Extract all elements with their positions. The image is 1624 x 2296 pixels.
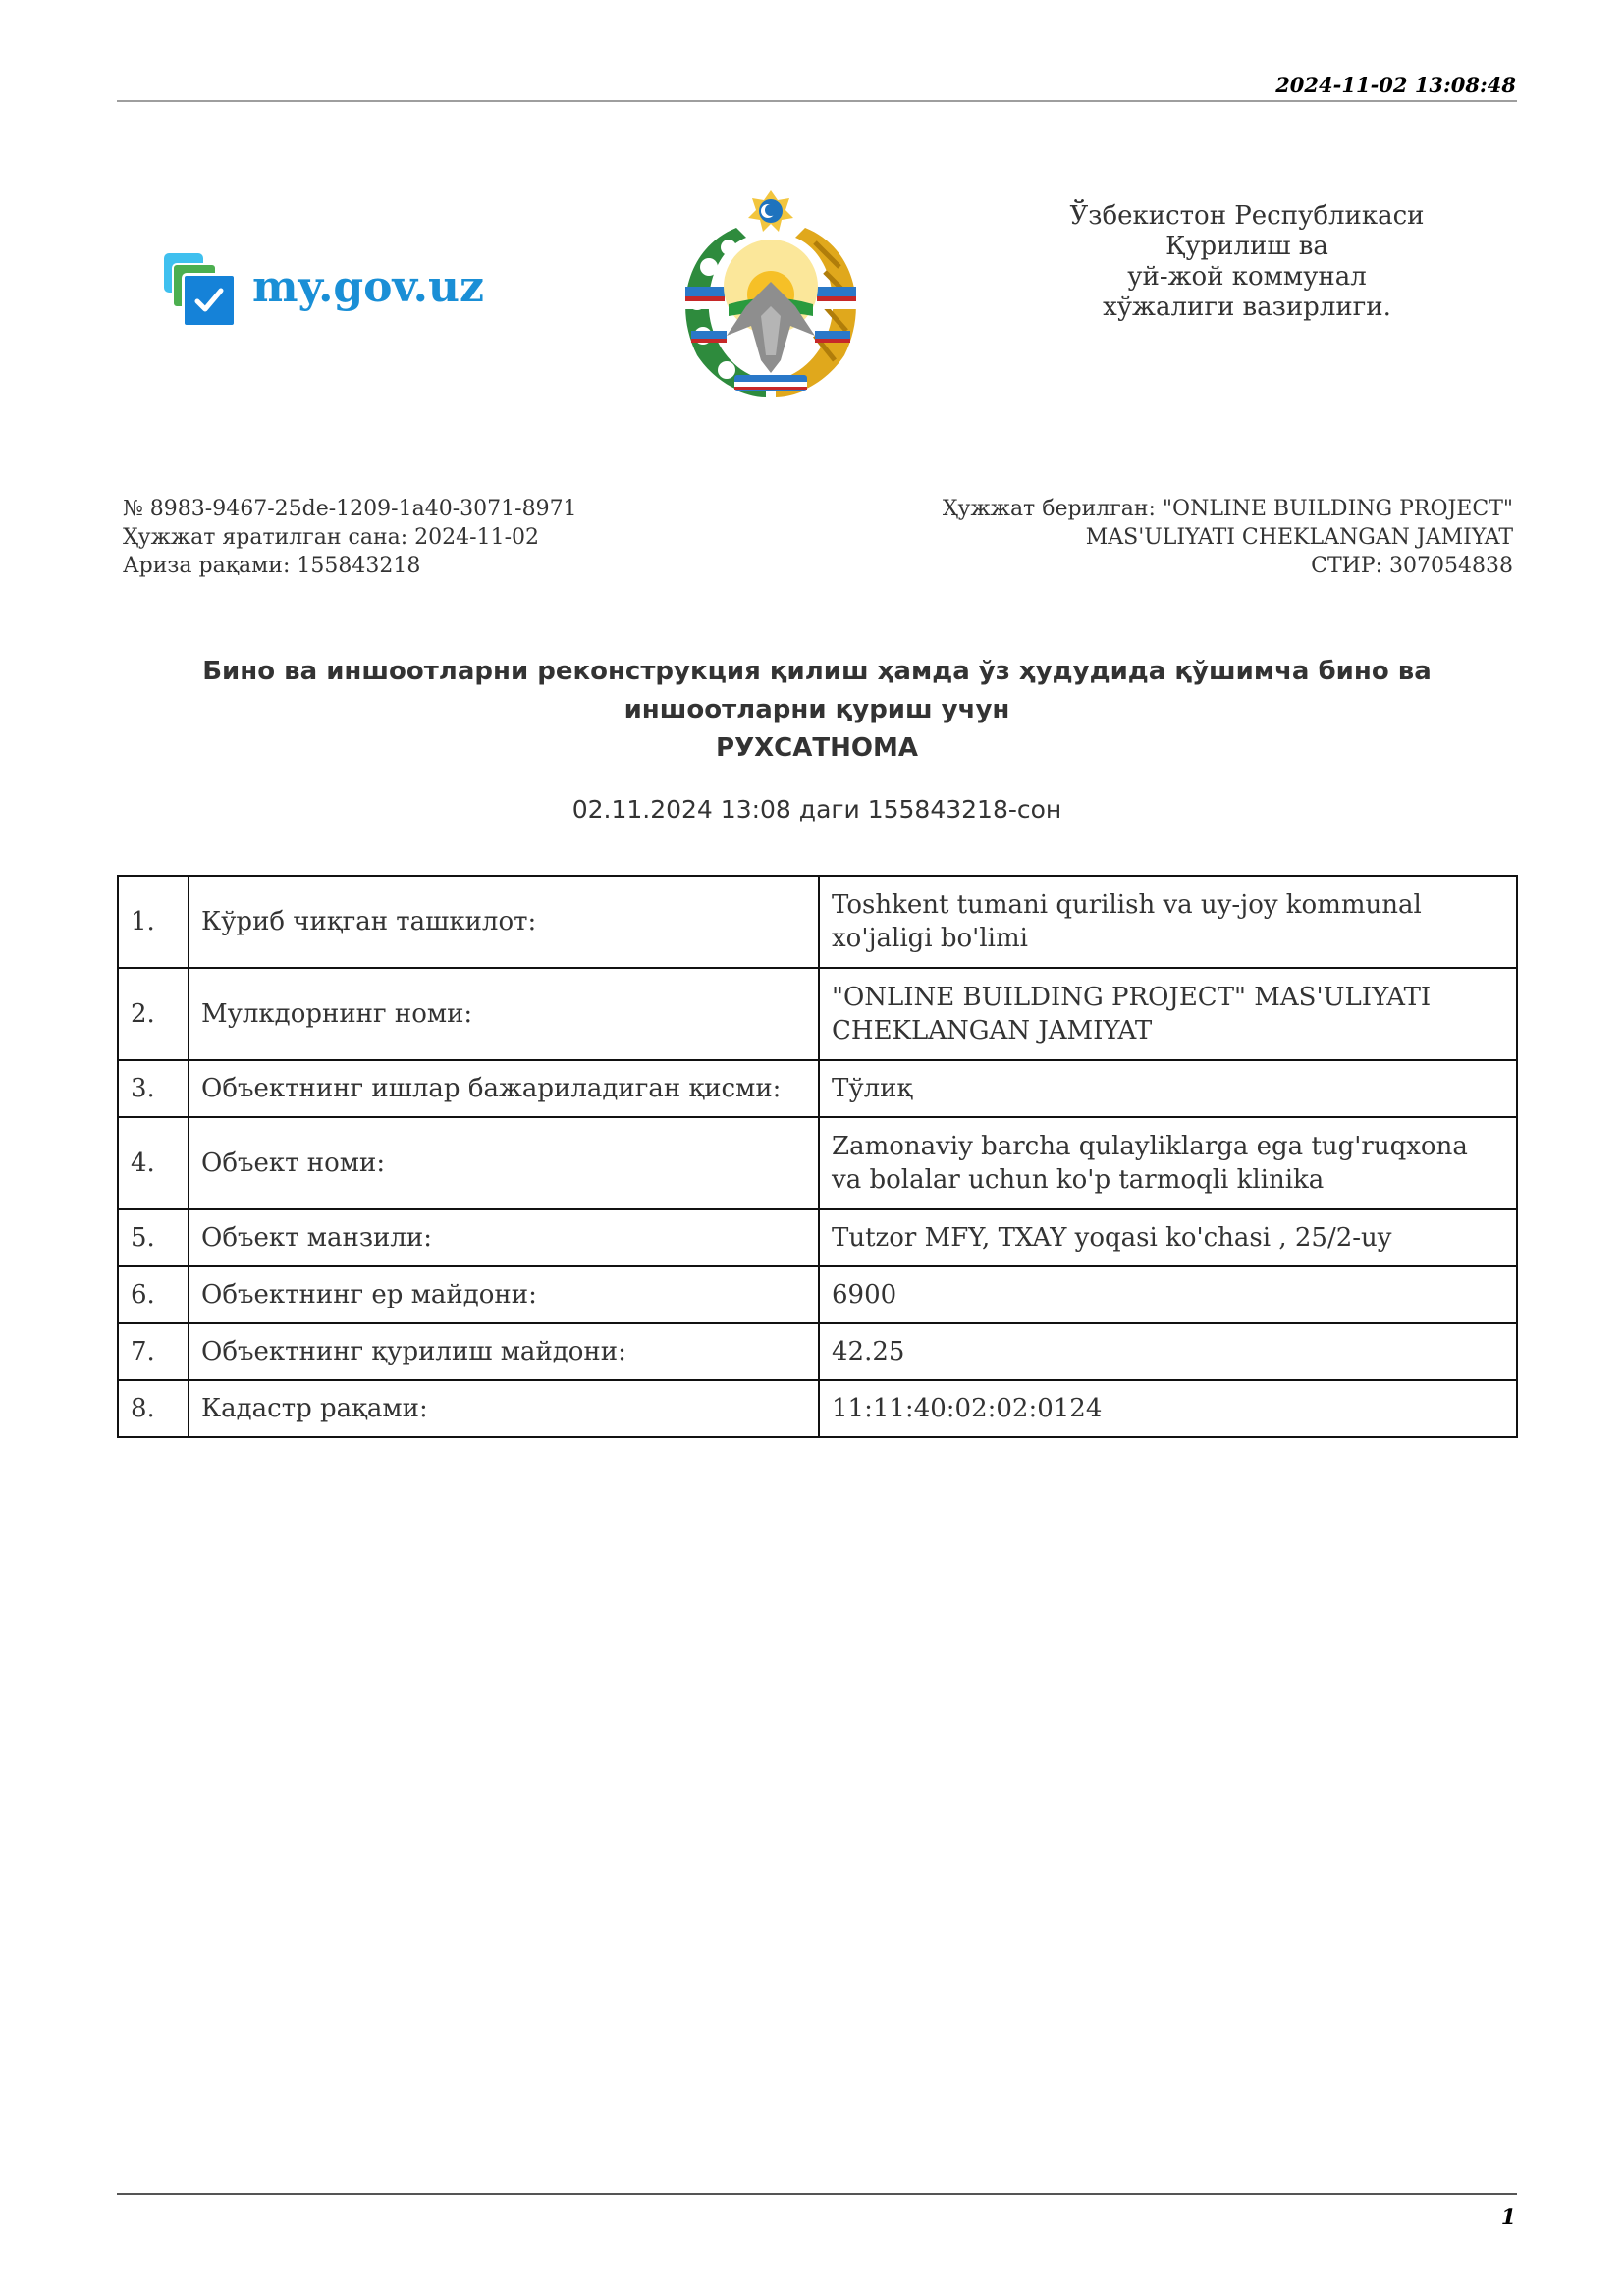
row-number: 2. bbox=[118, 968, 189, 1060]
title-permit: РУХСАТНОМА bbox=[117, 729, 1517, 768]
application-number: Ариза рақами: 155843218 bbox=[123, 552, 577, 580]
row-label: Мулкдорнинг номи: bbox=[189, 968, 819, 1060]
permit-details-table: 1. Кўриб чиқган ташкилот: Toshkent tuman… bbox=[117, 875, 1518, 1438]
ministry-line: хўжалиги вазирлиги. bbox=[1021, 293, 1473, 323]
recipient-meta: Ҳужжат берилган: "ONLINE BUILDING PROJEC… bbox=[943, 495, 1513, 580]
table-row: 4. Объект номи: Zamonaviy barcha qulayli… bbox=[118, 1117, 1517, 1209]
logo-text: my.gov.uz bbox=[252, 262, 484, 312]
ministry-line: уй-жой коммунал bbox=[1021, 262, 1473, 293]
row-value: 11:11:40:02:02:0124 bbox=[819, 1380, 1517, 1437]
row-label: Кадастр рақами: bbox=[189, 1380, 819, 1437]
ministry-name: Ўзбекистон Республикаси Қурилиш ва уй-жо… bbox=[1021, 201, 1473, 323]
row-number: 1. bbox=[118, 876, 189, 968]
row-number: 5. bbox=[118, 1209, 189, 1266]
row-number: 7. bbox=[118, 1323, 189, 1380]
page-number: 1 bbox=[1501, 2205, 1516, 2230]
row-value: 42.25 bbox=[819, 1323, 1517, 1380]
row-label: Объект номи: bbox=[189, 1117, 819, 1209]
title-line: Бино ва иншоотларни реконструкция қилиш … bbox=[117, 653, 1517, 691]
state-emblem-icon bbox=[668, 188, 874, 404]
document-meta: № 8983-9467-25de-1209-1a40-3071-8971 Ҳуж… bbox=[123, 495, 577, 580]
row-label: Кўриб чиқган ташкилот: bbox=[189, 876, 819, 968]
table-row: 1. Кўриб чиқган ташкилот: Toshkent tuman… bbox=[118, 876, 1517, 968]
row-value: 6900 bbox=[819, 1266, 1517, 1323]
created-date: Ҳужжат яратилган сана: 2024-11-02 bbox=[123, 523, 577, 552]
table-row: 5. Объект манзили: Tutzor MFY, TXAY yoqa… bbox=[118, 1209, 1517, 1266]
title-line: иншоотларни қуриш учун bbox=[117, 691, 1517, 729]
document-number: № 8983-9467-25de-1209-1a40-3071-8971 bbox=[123, 495, 577, 523]
row-label: Объект манзили: bbox=[189, 1209, 819, 1266]
row-number: 8. bbox=[118, 1380, 189, 1437]
row-label: Объектнинг ер майдони: bbox=[189, 1266, 819, 1323]
row-value: Toshkent tumani qurilish va uy-joy kommu… bbox=[819, 876, 1517, 968]
row-label: Объектнинг ишлар бажариладиган қисми: bbox=[189, 1060, 819, 1117]
row-label: Объектнинг қурилиш майдони: bbox=[189, 1323, 819, 1380]
table-row: 8. Кадастр рақами: 11:11:40:02:02:0124 bbox=[118, 1380, 1517, 1437]
issued-to: Ҳужжат берилган: "ONLINE BUILDING PROJEC… bbox=[943, 495, 1513, 523]
table-row: 3. Объектнинг ишлар бажариладиган қисми:… bbox=[118, 1060, 1517, 1117]
mygov-logo: my.gov.uz bbox=[162, 250, 486, 339]
row-value: Zamonaviy barcha qulayliklarga ega tug'r… bbox=[819, 1117, 1517, 1209]
row-number: 3. bbox=[118, 1060, 189, 1117]
row-value: Tutzor MFY, TXAY yoqasi ko'chasi , 25/2-… bbox=[819, 1209, 1517, 1266]
header-divider bbox=[117, 100, 1517, 102]
footer-divider bbox=[117, 2193, 1517, 2195]
ministry-line: Ўзбекистон Республикаси bbox=[1021, 201, 1473, 232]
print-timestamp: 2024-11-02 13:08:48 bbox=[1275, 73, 1516, 97]
ministry-line: Қурилиш ва bbox=[1021, 232, 1473, 262]
row-number: 6. bbox=[118, 1266, 189, 1323]
row-value: "ONLINE BUILDING PROJECT" MAS'ULIYATI CH… bbox=[819, 968, 1517, 1060]
document-subtitle: 02.11.2024 13:08 даги 155843218-сон bbox=[117, 795, 1517, 824]
table-row: 7. Объектнинг қурилиш майдони: 42.25 bbox=[118, 1323, 1517, 1380]
issued-to-cont: MAS'ULIYATI CHEKLANGAN JAMIYAT bbox=[943, 523, 1513, 552]
tin-number: СТИР: 307054838 bbox=[943, 552, 1513, 580]
row-value: Тўлиқ bbox=[819, 1060, 1517, 1117]
table-row: 2. Мулкдорнинг номи: "ONLINE BUILDING PR… bbox=[118, 968, 1517, 1060]
document-title: Бино ва иншоотларни реконструкция қилиш … bbox=[117, 653, 1517, 768]
table-row: 6. Объектнинг ер майдони: 6900 bbox=[118, 1266, 1517, 1323]
checkmark-icon bbox=[182, 273, 237, 328]
row-number: 4. bbox=[118, 1117, 189, 1209]
